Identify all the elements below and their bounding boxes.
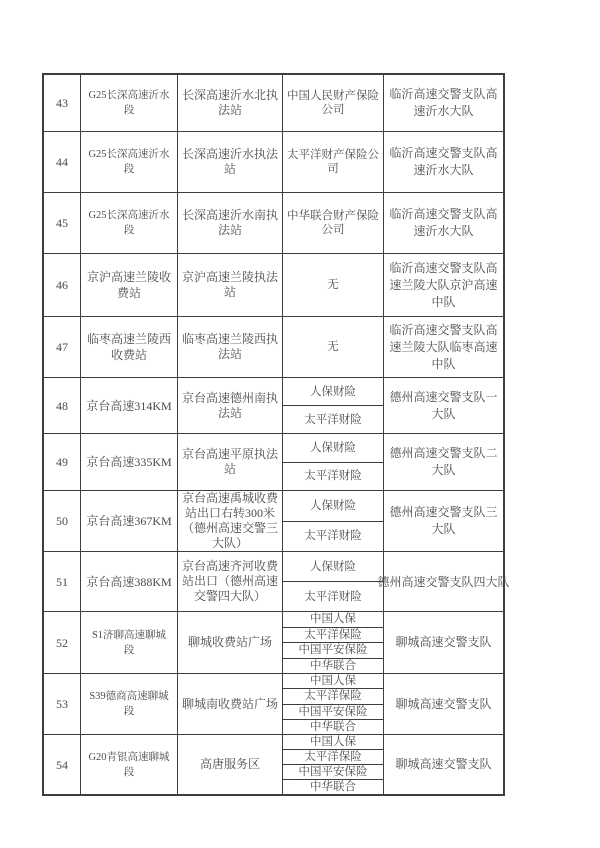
station-cell: 京台高速德州南执 法站 xyxy=(178,378,283,433)
station: 京台高速齐河收费 站出口（德州高速 交警四大队） xyxy=(182,559,278,604)
road-section-cell: S1济聊高速聊城 段 xyxy=(81,612,178,673)
station-cell: 长深高速沂水执法 站 xyxy=(178,132,283,192)
insurer: 太平洋保险 xyxy=(304,750,362,764)
row-number-cell: 48 xyxy=(44,378,81,433)
insurer-item: 太平洋财险 xyxy=(283,522,383,552)
insurers-cell: 无 xyxy=(283,254,384,316)
table-row: 50 京台高速367KM 京台高速禹城收费 站出口右转300米 （德州高速交警三… xyxy=(44,491,503,552)
insurer: 无 xyxy=(327,340,339,354)
table-row: 47 临枣高速兰陵西 收费站 临枣高速兰陵西执 法站 无 临沂高速交警支队高 速… xyxy=(44,317,503,378)
row-number-cell: 49 xyxy=(44,434,81,490)
row-number: 54 xyxy=(56,758,68,772)
station-cell: 聊城收费站广场 xyxy=(178,612,283,673)
insurers-cell: 中国人保 太平洋保险 中国平安保险 中华联合 xyxy=(283,735,384,794)
row-number: 49 xyxy=(56,455,68,469)
insurer-item: 中国人民财产保险 公司 xyxy=(283,75,383,131)
police-unit-cell: 聊城高速交警支队 xyxy=(384,674,503,734)
table-row: 48 京台高速314KM 京台高速德州南执 法站 人保财险 太平洋财险 德州高速… xyxy=(44,378,503,434)
table-row: 44 G25长深高速沂水 段 长深高速沂水执法 站 太平洋财产保险公 司 临沂高… xyxy=(44,132,503,193)
row-number-cell: 51 xyxy=(44,552,81,611)
insurer: 中国平安保险 xyxy=(299,765,368,779)
insurers-cell: 人保财险 太平洋财险 xyxy=(283,552,384,611)
insurers-cell: 太平洋财产保险公 司 xyxy=(283,132,384,192)
row-number-cell: 45 xyxy=(44,193,81,253)
road-section: G25长深高速沂水 段 xyxy=(88,208,169,238)
police-unit: 聊城高速交警支队 xyxy=(395,634,491,651)
station: 长深高速沂水南执 法站 xyxy=(182,208,278,238)
station-cell: 高唐服务区 xyxy=(178,735,283,794)
row-number: 45 xyxy=(56,216,68,230)
insurer: 中国人保 xyxy=(310,612,356,626)
insurer: 中华联合财产保险 公司 xyxy=(287,209,379,237)
insurer: 太平洋财险 xyxy=(304,413,362,427)
insurer-item: 人保财险 xyxy=(283,491,383,522)
station-cell: 长深高速沂水南执 法站 xyxy=(178,193,283,253)
row-number: 48 xyxy=(56,399,68,413)
police-unit-cell: 临沂高速交警支队高 速沂水大队 xyxy=(384,132,503,192)
insurer: 中国平安保险 xyxy=(299,705,368,719)
police-unit: 临沂高速交警支队高 速沂水大队 xyxy=(389,86,497,120)
police-unit: 聊城高速交警支队 xyxy=(395,696,491,713)
road-section-cell: 临枣高速兰陵西 收费站 xyxy=(81,317,178,377)
insurers-cell: 中国人保 太平洋保险 中国平安保险 中华联合 xyxy=(283,674,384,734)
insurer-item: 人保财险 xyxy=(283,552,383,582)
row-number-cell: 46 xyxy=(44,254,81,316)
insurer-item: 中国人保 xyxy=(283,612,383,628)
insurer: 中国人民财产保险 公司 xyxy=(287,89,379,117)
road-section-cell: G25长深高速沂水 段 xyxy=(81,193,178,253)
row-number: 52 xyxy=(56,636,68,650)
road-section: G25长深高速沂水 段 xyxy=(88,147,169,177)
police-unit-cell: 临沂高速交警支队高 速沂水大队 xyxy=(384,75,503,131)
police-unit: 德州高速交警支队二 大队 xyxy=(389,445,497,479)
enforcement-table: 43 G25长深高速沂水 段 长深高速沂水北执 法站 中国人民财产保险 公司 临… xyxy=(42,73,505,796)
insurer: 太平洋财险 xyxy=(304,590,362,604)
police-unit-cell: 临沂高速交警支队高 速兰陵大队临枣高速 中队 xyxy=(384,317,503,377)
document-page: 43 G25长深高速沂水 段 长深高速沂水北执 法站 中国人民财产保险 公司 临… xyxy=(0,0,600,848)
road-section: 临枣高速兰陵西 收费站 xyxy=(87,331,171,363)
road-section-cell: 京台高速314KM xyxy=(81,378,178,433)
insurer: 太平洋财产保险公 司 xyxy=(287,148,379,176)
police-unit: 临沂高速交警支队高 速沂水大队 xyxy=(389,206,497,240)
station-cell: 聊城南收费站广场 xyxy=(178,674,283,734)
table-row: 52 S1济聊高速聊城 段 聊城收费站广场 中国人保 太平洋保险 中国平安保险 … xyxy=(44,612,503,674)
station-cell: 京沪高速兰陵执法 站 xyxy=(178,254,283,316)
insurer: 中国人保 xyxy=(310,735,356,749)
insurer: 中国平安保险 xyxy=(299,643,368,657)
table-row: 53 S39德商高速聊城 段 聊城南收费站广场 中国人保 太平洋保险 中国平安保… xyxy=(44,674,503,735)
insurer: 人保财险 xyxy=(310,560,356,574)
road-section-cell: S39德商高速聊城 段 xyxy=(81,674,178,734)
police-unit-cell: 德州高速交警支队一 大队 xyxy=(384,378,503,433)
table-row: 46 京沪高速兰陵收 费站 京沪高速兰陵执法 站 无 临沂高速交警支队高 速兰陵… xyxy=(44,254,503,317)
insurer-item: 人保财险 xyxy=(283,434,383,463)
road-section: 京台高速367KM xyxy=(86,513,171,529)
police-unit: 德州高速交警支队四大队 xyxy=(378,575,510,589)
station: 聊城南收费站广场 xyxy=(182,697,278,712)
road-section: 京台高速335KM xyxy=(86,454,171,470)
road-section-cell: G25长深高速沂水 段 xyxy=(81,132,178,192)
police-unit-cell: 德州高速交警支队三 大队 xyxy=(384,491,503,551)
police-unit-cell: 临沂高速交警支队高 速沂水大队 xyxy=(384,193,503,253)
insurer: 人保财险 xyxy=(310,385,356,399)
insurer-item: 太平洋保险 xyxy=(283,689,383,704)
row-number: 50 xyxy=(56,514,68,528)
row-number-cell: 50 xyxy=(44,491,81,551)
station-cell: 京台高速齐河收费 站出口（德州高速 交警四大队） xyxy=(178,552,283,611)
insurer-item: 中国人保 xyxy=(283,674,383,689)
row-number-cell: 53 xyxy=(44,674,81,734)
road-section: G25长深高速沂水 段 xyxy=(88,88,169,118)
road-section-cell: G25长深高速沂水 段 xyxy=(81,75,178,131)
road-section: S39德商高速聊城 段 xyxy=(89,689,168,719)
row-number-cell: 47 xyxy=(44,317,81,377)
insurer-item: 太平洋财产保险公 司 xyxy=(283,132,383,192)
station: 京沪高速兰陵执法 站 xyxy=(182,270,278,300)
insurer: 人保财险 xyxy=(310,441,356,455)
insurer: 中华联合 xyxy=(310,720,356,734)
row-number: 47 xyxy=(56,340,68,354)
insurer-item: 中国平安保险 xyxy=(283,705,383,720)
police-unit: 德州高速交警支队一 大队 xyxy=(389,389,497,423)
police-unit-cell: 德州高速交警支队四大队 xyxy=(384,552,503,611)
insurers-cell: 无 xyxy=(283,317,384,377)
insurers-cell: 中华联合财产保险 公司 xyxy=(283,193,384,253)
road-section-cell: 京台高速388KM xyxy=(81,552,178,611)
road-section-cell: G20青银高速聊城 段 xyxy=(81,735,178,794)
station: 高唐服务区 xyxy=(200,757,260,772)
row-number-cell: 52 xyxy=(44,612,81,673)
insurer: 中华联合 xyxy=(310,780,356,794)
insurer-item: 无 xyxy=(283,317,383,377)
insurer-item: 无 xyxy=(283,254,383,316)
road-section-cell: 京台高速335KM xyxy=(81,434,178,490)
police-unit: 德州高速交警支队三 大队 xyxy=(389,504,497,538)
insurers-cell: 人保财险 太平洋财险 xyxy=(283,378,384,433)
insurer: 太平洋财险 xyxy=(304,469,362,483)
insurer: 中国人保 xyxy=(310,674,356,688)
police-unit-cell: 聊城高速交警支队 xyxy=(384,735,503,794)
station: 京台高速德州南执 法站 xyxy=(182,391,278,421)
police-unit-cell: 临沂高速交警支队高 速兰陵大队京沪高速 中队 xyxy=(384,254,503,316)
table-row: 49 京台高速335KM 京台高速平原执法 站 人保财险 太平洋财险 德州高速交… xyxy=(44,434,503,491)
row-number: 53 xyxy=(56,697,68,711)
insurers-cell: 中国人保 太平洋保险 中国平安保险 中华联合 xyxy=(283,612,384,673)
insurer-item: 太平洋财险 xyxy=(283,406,383,433)
police-unit: 临沂高速交警支队高 速沂水大队 xyxy=(389,145,497,179)
insurer-item: 人保财险 xyxy=(283,378,383,406)
insurer-item: 太平洋财险 xyxy=(283,582,383,611)
station-cell: 长深高速沂水北执 法站 xyxy=(178,75,283,131)
insurer-item: 中华联合 xyxy=(283,780,383,794)
insurer-item: 中国平安保险 xyxy=(283,765,383,780)
insurer-item: 中华联合 xyxy=(283,659,383,674)
insurer-item: 太平洋保险 xyxy=(283,628,383,644)
row-number-cell: 54 xyxy=(44,735,81,794)
station: 长深高速沂水北执 法站 xyxy=(182,88,278,118)
insurer: 太平洋财险 xyxy=(304,529,362,543)
row-number: 43 xyxy=(56,96,68,110)
road-section-cell: 京沪高速兰陵收 费站 xyxy=(81,254,178,316)
police-unit: 聊城高速交警支队 xyxy=(395,756,491,773)
insurer: 中华联合 xyxy=(310,659,356,673)
station: 临枣高速兰陵西执 法站 xyxy=(182,332,278,362)
table-row: 43 G25长深高速沂水 段 长深高速沂水北执 法站 中国人民财产保险 公司 临… xyxy=(44,75,503,132)
station: 长深高速沂水执法 站 xyxy=(182,147,278,177)
insurer-item: 中国人保 xyxy=(283,735,383,750)
insurer-item: 太平洋保险 xyxy=(283,750,383,765)
row-number: 46 xyxy=(56,278,68,292)
row-number: 51 xyxy=(56,575,68,589)
table-row: 51 京台高速388KM 京台高速齐河收费 站出口（德州高速 交警四大队） 人保… xyxy=(44,552,503,612)
station: 京台高速平原执法 站 xyxy=(182,447,278,477)
station: 京台高速禹城收费 站出口右转300米 （德州高速交警三 大队） xyxy=(182,491,278,551)
road-section: 京台高速314KM xyxy=(86,398,171,414)
police-unit-cell: 聊城高速交警支队 xyxy=(384,612,503,673)
row-number: 44 xyxy=(56,155,68,169)
insurer-item: 太平洋财险 xyxy=(283,463,383,491)
insurer: 太平洋保险 xyxy=(304,689,362,703)
road-section: 京沪高速兰陵收 费站 xyxy=(87,269,171,301)
row-number-cell: 43 xyxy=(44,75,81,131)
station-cell: 京台高速平原执法 站 xyxy=(178,434,283,490)
station: 聊城收费站广场 xyxy=(188,635,272,650)
station-cell: 临枣高速兰陵西执 法站 xyxy=(178,317,283,377)
table-row: 45 G25长深高速沂水 段 长深高速沂水南执 法站 中华联合财产保险 公司 临… xyxy=(44,193,503,254)
insurer-item: 中华联合 xyxy=(283,720,383,734)
insurer-item: 中国平安保险 xyxy=(283,643,383,659)
insurers-cell: 人保财险 太平洋财险 xyxy=(283,434,384,490)
station-cell: 京台高速禹城收费 站出口右转300米 （德州高速交警三 大队） xyxy=(178,491,283,551)
table-row: 54 G20青银高速聊城 段 高唐服务区 中国人保 太平洋保险 中国平安保险 中… xyxy=(44,735,503,794)
row-number-cell: 44 xyxy=(44,132,81,192)
insurers-cell: 中国人民财产保险 公司 xyxy=(283,75,384,131)
road-section: 京台高速388KM xyxy=(86,574,171,590)
road-section: S1济聊高速聊城 段 xyxy=(92,628,166,658)
insurer: 太平洋保险 xyxy=(304,628,362,642)
police-unit: 临沂高速交警支队高 速兰陵大队临枣高速 中队 xyxy=(389,322,497,373)
insurers-cell: 人保财险 太平洋财险 xyxy=(283,491,384,551)
police-unit-cell: 德州高速交警支队二 大队 xyxy=(384,434,503,490)
road-section: G20青银高速聊城 段 xyxy=(88,750,169,780)
insurer: 人保财险 xyxy=(310,499,356,513)
insurer-item: 中华联合财产保险 公司 xyxy=(283,193,383,253)
road-section-cell: 京台高速367KM xyxy=(81,491,178,551)
insurer: 无 xyxy=(327,278,339,292)
police-unit: 临沂高速交警支队高 速兰陵大队京沪高速 中队 xyxy=(389,260,497,311)
